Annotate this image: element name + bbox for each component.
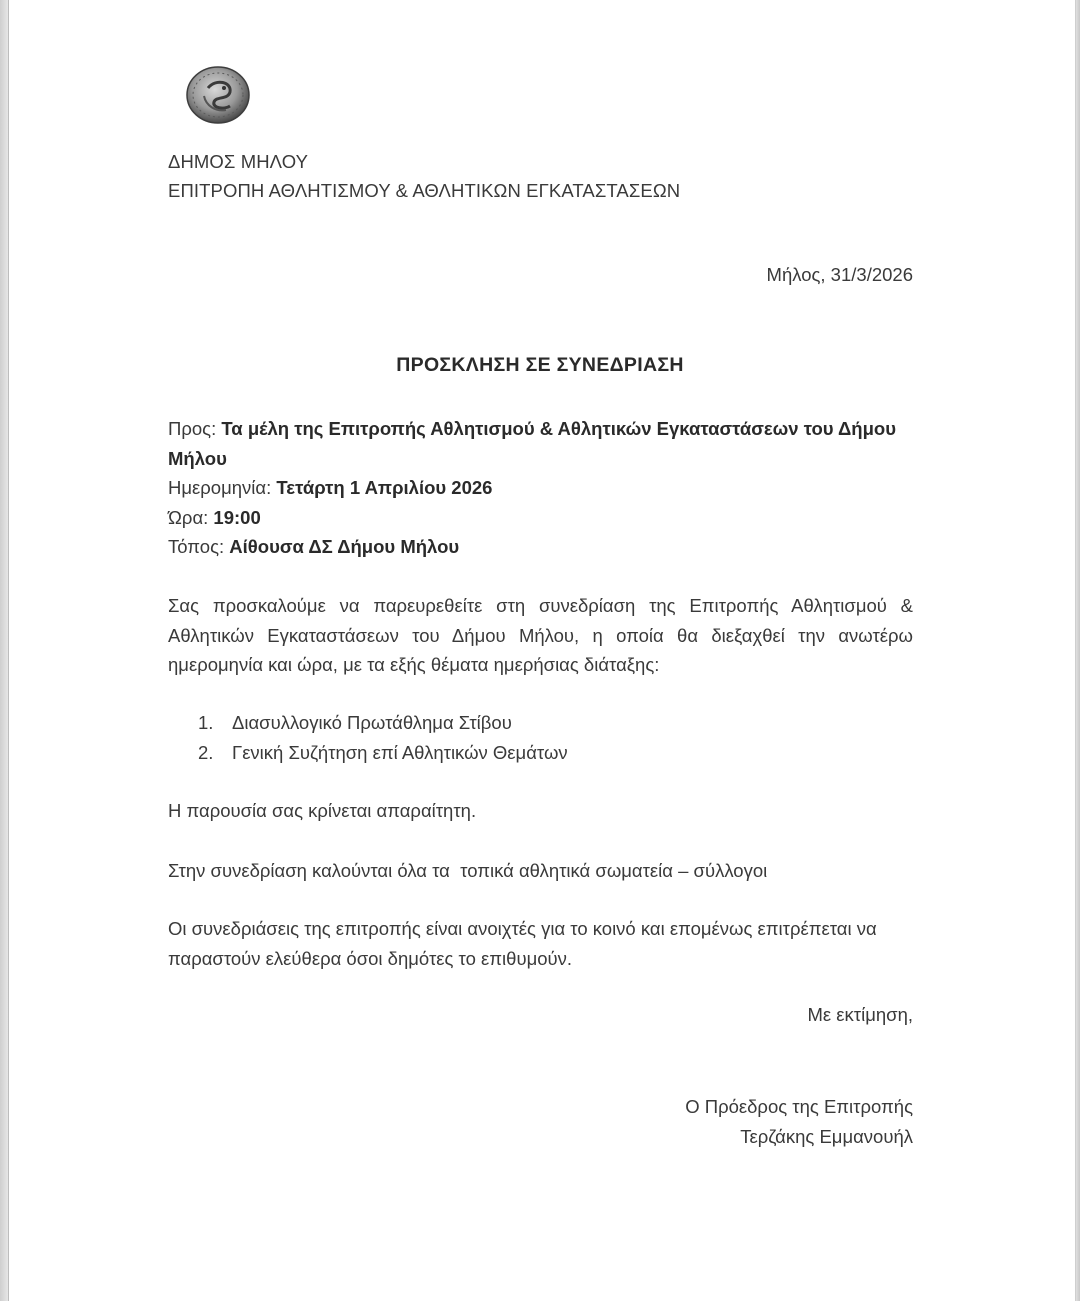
- committee-name: ΕΠΙΤΡΟΠΗ ΑΘΛΗΤΙΣΜΟΥ & ΑΘΛΗΤΙΚΩΝ ΕΓΚΑΤΑΣΤ…: [168, 176, 680, 205]
- invitation-paragraph: Σας προσκαλούμε να παρευρεθείτε στη συνε…: [168, 591, 913, 680]
- agenda-item-text: Διασυλλογικό Πρωτάθλημα Στίβου: [232, 708, 512, 738]
- agenda-item: 2. Γενική Συζήτηση επί Αθλητικών Θεμάτων: [198, 738, 943, 768]
- time-label: Ώρα:: [168, 507, 208, 528]
- agenda-item-number: 2.: [198, 738, 232, 768]
- date-value: Τετάρτη 1 Απριλίου 2026: [276, 477, 492, 498]
- place-date: Μήλος, 31/3/2026: [767, 264, 913, 286]
- venue-line: Τόπος: Αίθουσα ΔΣ Δήμου Μήλου: [168, 532, 913, 562]
- recipients-label: Προς:: [168, 418, 216, 439]
- agenda-list: 1. Διασυλλογικό Πρωτάθλημα Στίβου 2. Γεν…: [198, 708, 943, 767]
- municipal-coin-emblem-icon: [186, 66, 250, 124]
- clubs-invited-note: Στην συνεδρίαση καλούνται όλα τα τοπικά …: [168, 856, 913, 886]
- municipality-name: ΔΗΜΟΣ ΜΗΛΟΥ: [168, 147, 680, 176]
- public-access-note: Οι συνεδριάσεις της επιτροπής είναι ανοι…: [168, 914, 913, 973]
- recipients-line: Προς: Τα μέλη της Επιτροπής Αθλητισμού &…: [168, 414, 913, 473]
- viewer-right-edge: [1076, 0, 1080, 1301]
- date-line: Ημερομηνία: Τετάρτη 1 Απριλίου 2026: [168, 473, 913, 503]
- agenda-item-number: 1.: [198, 708, 232, 738]
- date-label: Ημερομηνία:: [168, 477, 271, 498]
- meeting-details: Προς: Τα μέλη της Επιτροπής Αθλητισμού &…: [168, 414, 913, 562]
- document-title: ΠΡΟΣΚΛΗΣΗ ΣΕ ΣΥΝΕΔΡΙΑΣΗ: [0, 354, 1080, 377]
- attendance-note: Η παρουσία σας κρίνεται απαραίτητη.: [168, 796, 913, 826]
- viewer-left-edge: [0, 0, 8, 1301]
- letterhead: ΔΗΜΟΣ ΜΗΛΟΥ ΕΠΙΤΡΟΠΗ ΑΘΛΗΤΙΣΜΟΥ & ΑΘΛΗΤΙ…: [168, 147, 680, 205]
- signature-block: Ο Πρόεδρος της Επιτροπής Τερζάκης Εμμανο…: [685, 1092, 913, 1151]
- venue-value: Αίθουσα ΔΣ Δήμου Μήλου: [229, 536, 459, 557]
- time-value: 19:00: [213, 507, 260, 528]
- signatory-role: Ο Πρόεδρος της Επιτροπής: [685, 1092, 913, 1122]
- time-line: Ώρα: 19:00: [168, 503, 913, 533]
- agenda-item: 1. Διασυλλογικό Πρωτάθλημα Στίβου: [198, 708, 943, 738]
- agenda-item-text: Γενική Συζήτηση επί Αθλητικών Θεμάτων: [232, 738, 568, 768]
- signatory-name: Τερζάκης Εμμανουήλ: [685, 1122, 913, 1152]
- recipients-value: Τα μέλη της Επιτροπής Αθλητισμού & Αθλητ…: [168, 418, 896, 469]
- closing-salutation: Με εκτίμηση,: [807, 1004, 913, 1026]
- venue-label: Τόπος:: [168, 536, 224, 557]
